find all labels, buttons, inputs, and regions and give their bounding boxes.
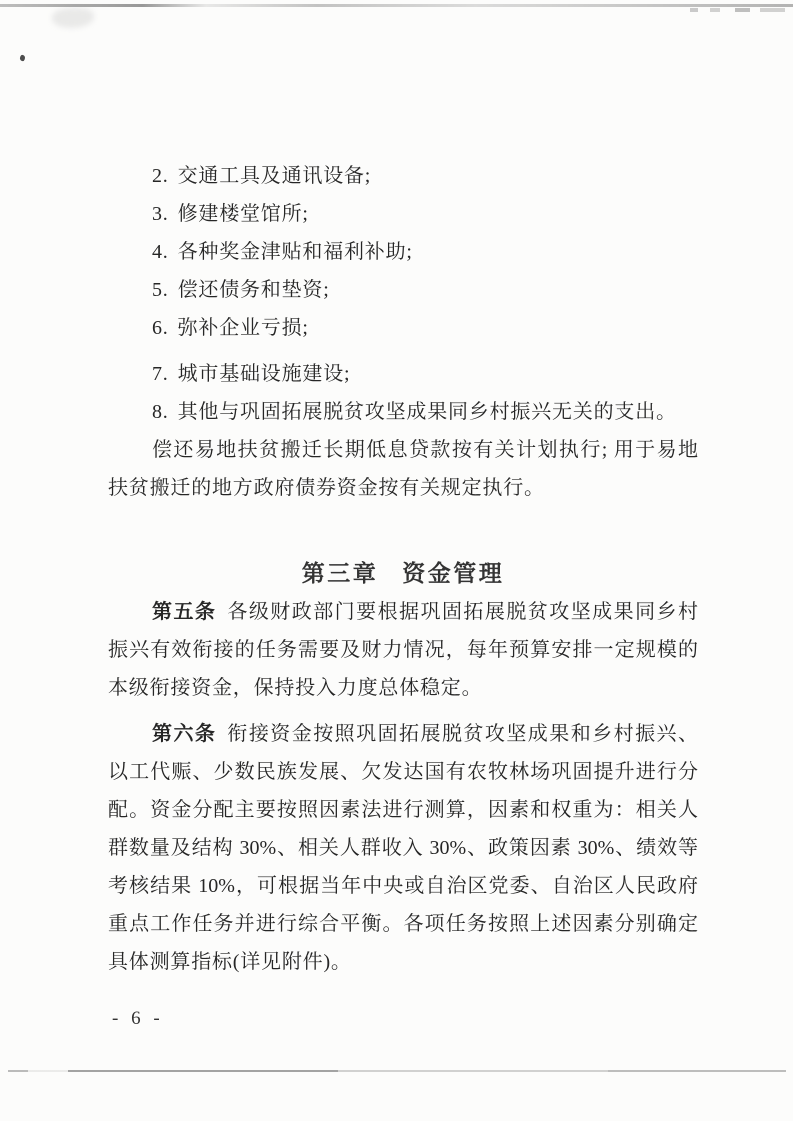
chapter-number: 第三章 [302,560,379,586]
article5-label: 第五条 [152,601,216,623]
item-text: 各种奖金津贴和福利补助; [178,241,413,263]
list-item-7: 7.城市基础设施建设; [108,355,698,393]
document-body: 2.交通工具及通讯设备; 3.修建楼堂馆所; 4.各种奖金津贴和福利补助; 5.… [108,157,698,981]
article6-line-7: 具体测算指标(详见附件)。 [108,943,698,981]
scan-artifact-dashes [690,8,785,12]
chapter-title: 资金管理 [402,560,504,586]
ink-speck [19,54,26,61]
item-text: 城市基础设施建设; [178,363,351,385]
item-text: 修建楼堂馆所; [178,203,309,225]
item-number: 2. [152,165,169,187]
article-text: 衔接资金按照巩固拓展脱贫攻坚成果和乡村振兴、 [227,723,698,745]
article6-line-2: 以工代赈、少数民族发展、欠发达国有农牧林场巩固提升进行分 [108,753,698,791]
paragraph-repay-line-2: 扶贫搬迁的地方政府债券资金按有关规定执行。 [108,469,698,507]
list-item-6: 6.弥补企业亏损; [108,309,698,347]
list-item-5: 5.偿还债务和垫资; [108,271,698,309]
item-number: 3. [152,203,169,225]
article6-line-4: 群数量及结构 30%、相关人群收入 30%、政策因素 30%、绩效等 [108,829,698,867]
scan-artifact-bottom-line [8,1070,786,1072]
item-text: 交通工具及通讯设备; [178,165,372,187]
list-item-3: 3.修建楼堂馆所; [108,195,698,233]
article5-line-2: 振兴有效衔接的任务需要及财力情况，每年预算安排一定规模的 [108,631,698,669]
article6-line-3: 配。资金分配主要按照因素法进行测算，因素和权重为：相关人 [108,791,698,829]
article5-line-1: 第五条各级财政部门要根据巩固拓展脱贫攻坚成果同乡村 [108,593,698,631]
item-number: 4. [152,241,169,263]
item-text: 偿还债务和垫资; [178,279,330,301]
scan-artifact-top-band [0,4,793,7]
list-item-4: 4.各种奖金津贴和福利补助; [108,233,698,271]
article6-line-6: 重点工作任务并进行综合平衡。各项任务按照上述因素分别确定 [108,905,698,943]
item-number: 7. [152,363,169,385]
article5-line-3: 本级衔接资金，保持投入力度总体稳定。 [108,669,698,707]
chapter-heading: 第三章资金管理 [108,553,698,593]
list-item-8: 8.其他与巩固拓展脱贫攻坚成果同乡村振兴无关的支出。 [108,393,698,431]
item-text: 弥补企业亏损; [178,317,309,339]
item-text: 其他与巩固拓展脱贫攻坚成果同乡村振兴无关的支出。 [178,401,677,423]
page-number: - 6 - [112,1008,164,1030]
paragraph-repay-line-1: 偿还易地扶贫搬迁长期低息贷款按有关计划执行; 用于易地 [108,431,698,469]
list-item-2: 2.交通工具及通讯设备; [108,157,698,195]
article6-label: 第六条 [152,723,216,745]
article6-line-5: 考核结果 10%，可根据当年中央或自治区党委、自治区人民政府 [108,867,698,905]
item-number: 5. [152,279,169,301]
scan-artifact-smudge [52,8,94,28]
document-page: 2.交通工具及通讯设备; 3.修建楼堂馆所; 4.各种奖金津贴和福利补助; 5.… [0,0,793,1121]
article6-line-1: 第六条衔接资金按照巩固拓展脱贫攻坚成果和乡村振兴、 [108,715,698,753]
article-text: 各级财政部门要根据巩固拓展脱贫攻坚成果同乡村 [227,601,698,623]
item-number: 8. [152,401,169,423]
item-number: 6. [152,317,169,339]
